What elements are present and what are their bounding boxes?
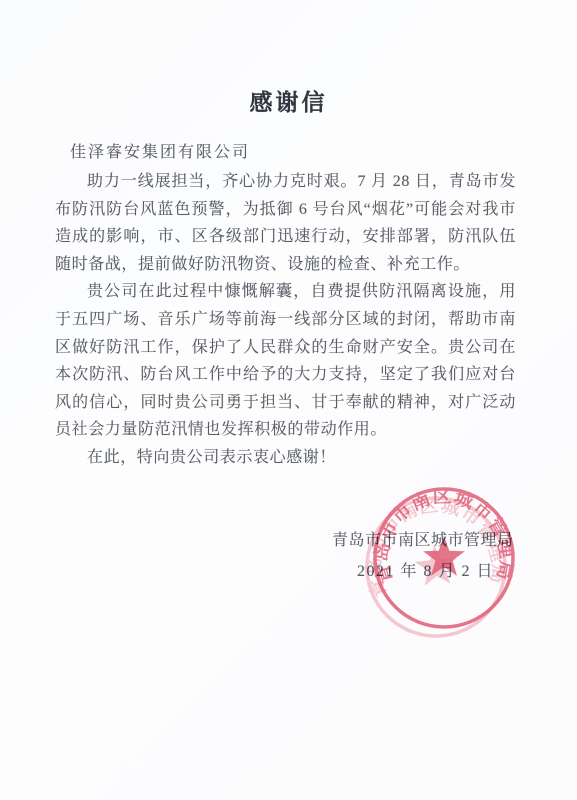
letter-title: 感谢信 <box>0 84 577 117</box>
letter-body: 助力一线展担当，齐心协力克时艰。7 月 28 日，青岛市发布防汛防台风蓝色预警，… <box>55 168 516 472</box>
paragraph-3: 在此，特向贵公司表示衷心感谢！ <box>55 444 516 472</box>
signature-date: 2021 年 8 月 2 日 <box>357 558 494 581</box>
seal-main-imprint: 青岛市市南区城市管理局 <box>370 486 516 627</box>
recipient-line: 佳泽睿安集团有限公司 <box>70 139 250 162</box>
paragraph-2: 贵公司在此过程中慷慨解囊，自费提供防汛隔离设施，用于五四广场、音乐广场等前海一线… <box>55 278 516 444</box>
letter-page: 感谢信 佳泽睿安集团有限公司 助力一线展担当，齐心协力克时艰。7 月 28 日，… <box>0 0 577 800</box>
paragraph-1: 助力一线展担当，齐心协力克时艰。7 月 28 日，青岛市发布防汛防台风蓝色预警，… <box>55 168 516 278</box>
signature-agency: 青岛市市南区城市管理局 <box>332 527 514 550</box>
